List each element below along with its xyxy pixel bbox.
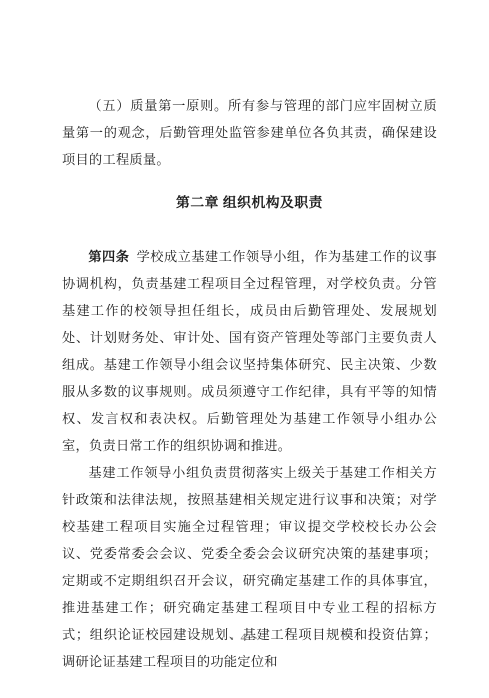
page-number: - 4 - [0,628,489,646]
document-body: （五）质量第一原则。所有参与管理的部门应牢固树立质量第一的观念，后勤管理处监管参… [62,92,437,675]
chapter-heading: 第二章 组织机构及职责 [62,189,437,216]
article-4-label: 第四条 [88,249,129,264]
paragraph-quality-principle: （五）质量第一原则。所有参与管理的部门应牢固树立质量第一的观念，后勤管理处监管参… [62,92,437,173]
paragraph-article-4: 第四条学校成立基建工作领导小组，作为基建工作的议事协调机构，负责基建工程项目全过… [62,243,437,459]
document-page: （五）质量第一原则。所有参与管理的部门应牢固树立质量第一的观念，后勤管理处监管参… [0,0,489,698]
article-4-text: 学校成立基建工作领导小组，作为基建工作的议事协调机构，负责基建工程项目全过程管理… [62,249,437,453]
